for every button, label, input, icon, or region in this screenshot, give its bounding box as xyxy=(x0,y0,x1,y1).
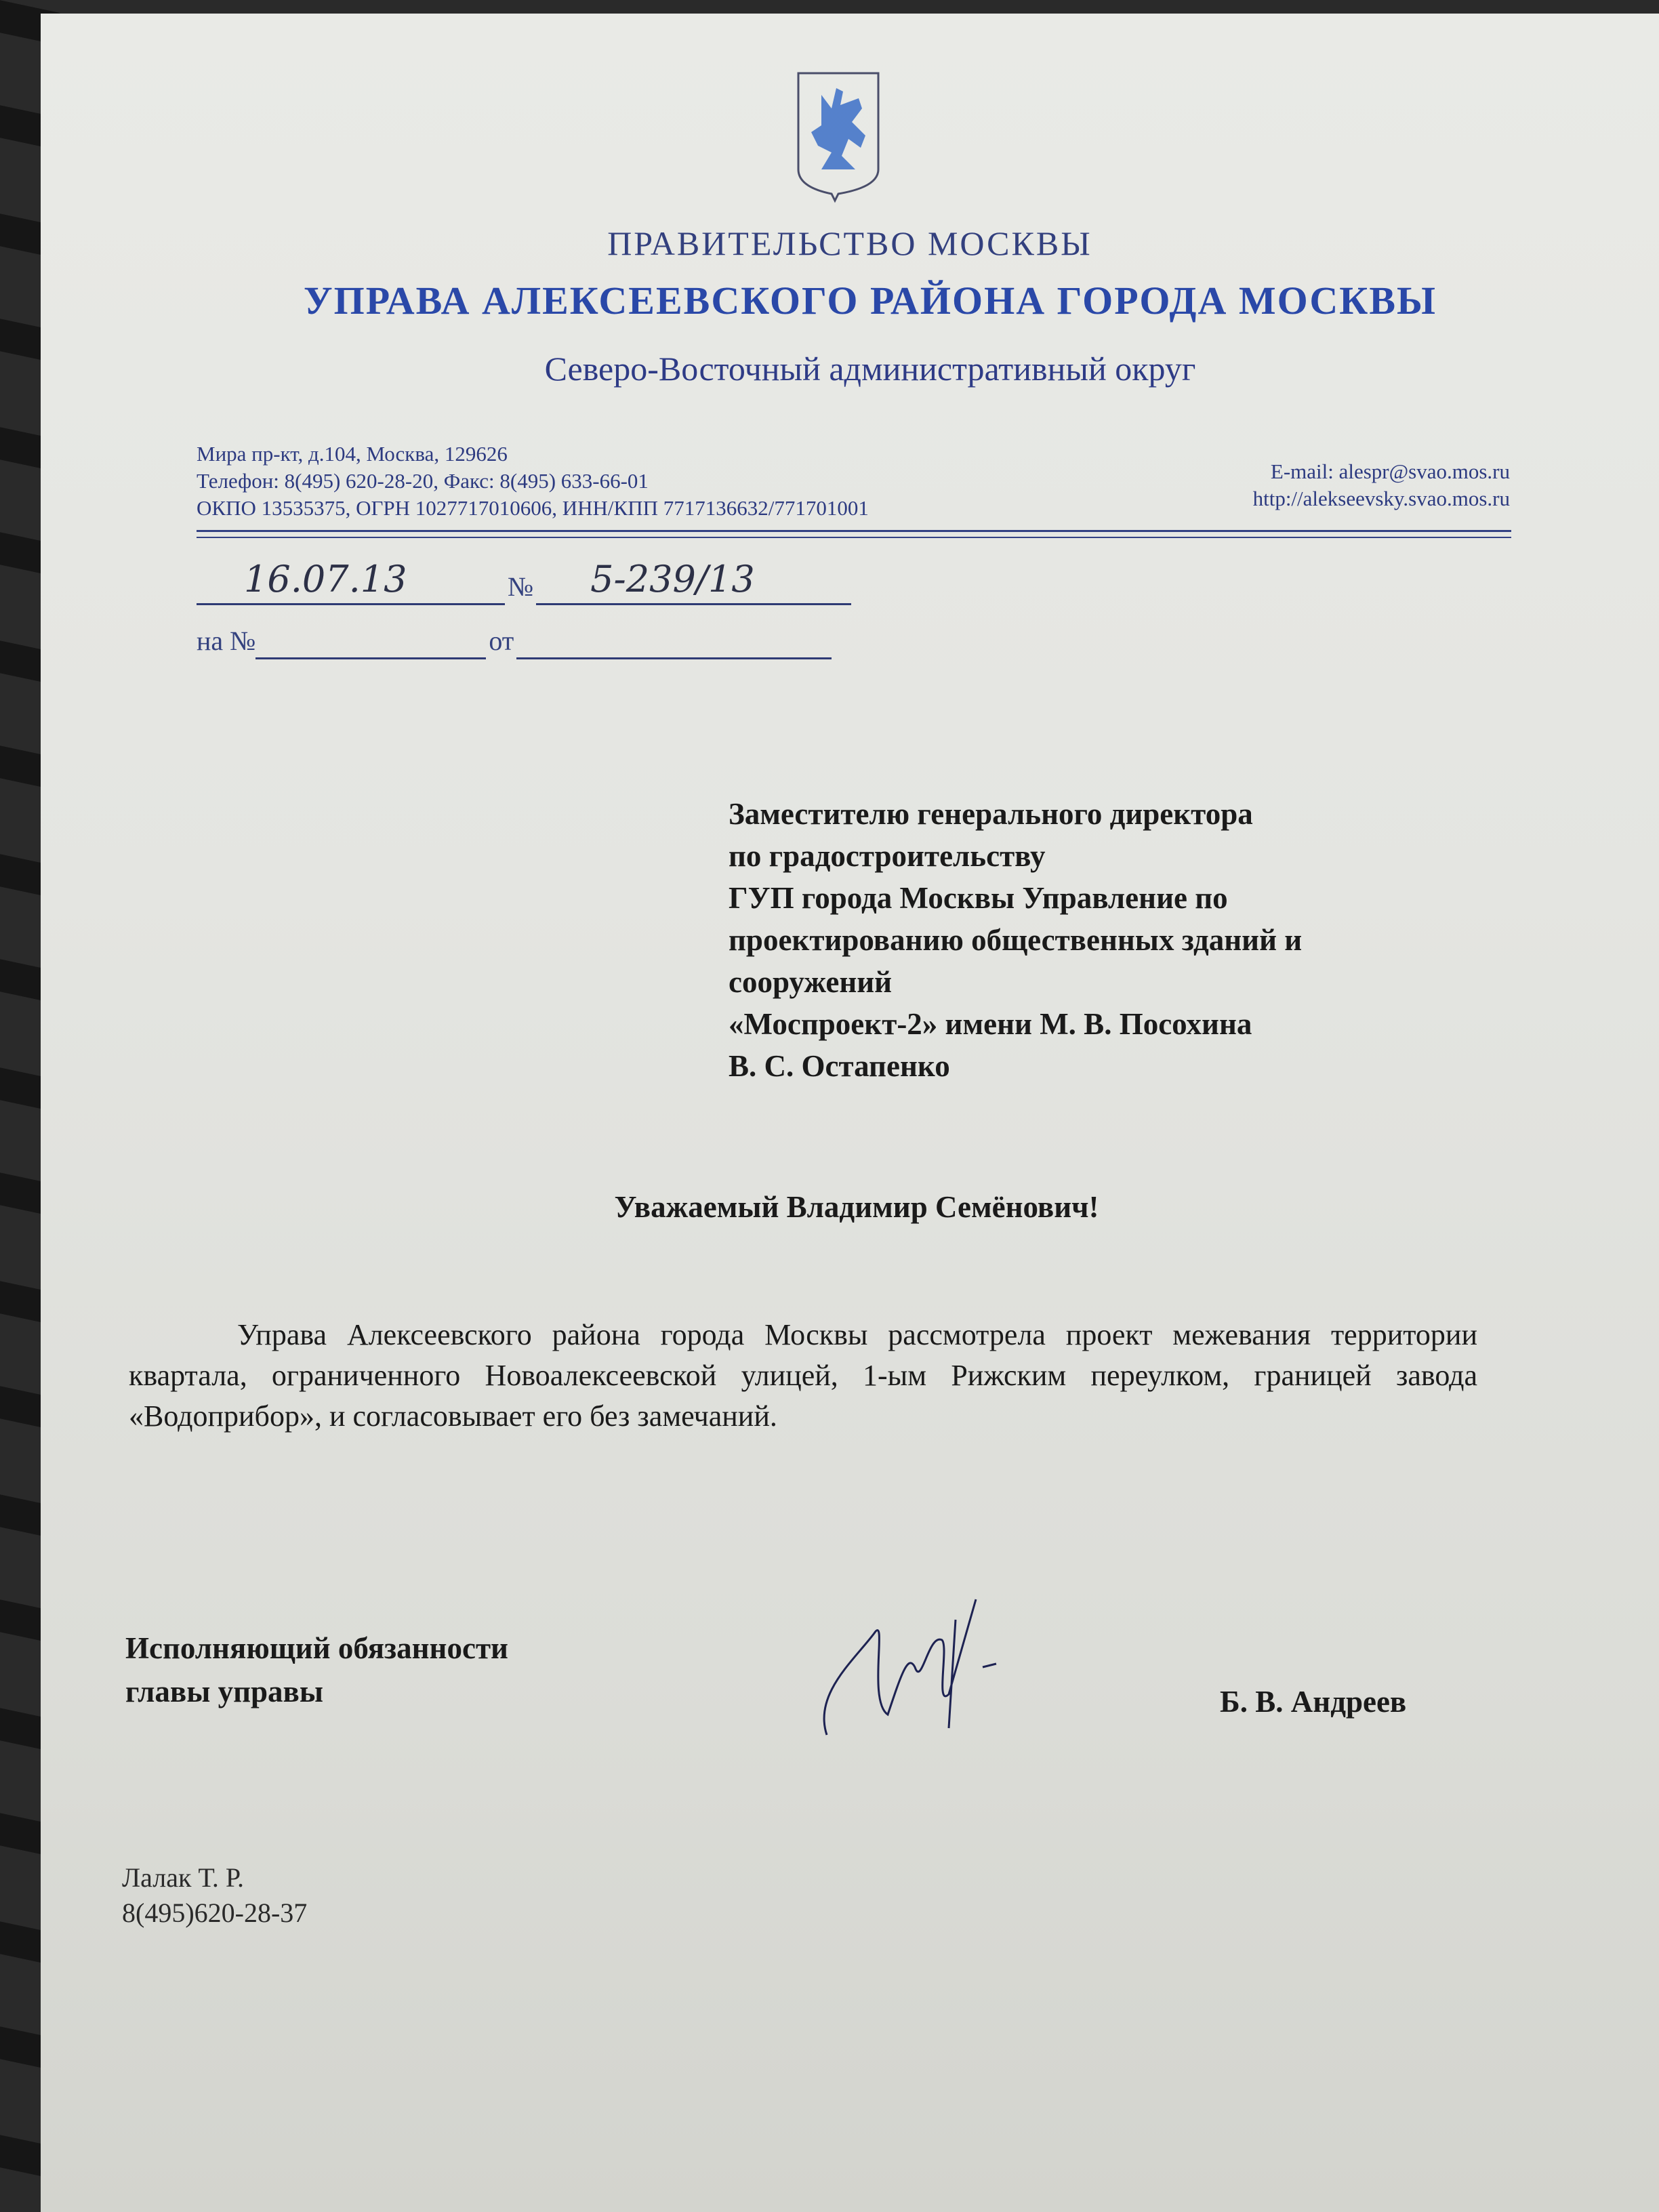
website: http://alekseevsky.svao.mos.ru xyxy=(1253,485,1510,512)
phone-fax: Телефон: 8(495) 620-28-20, Факс: 8(495) … xyxy=(197,468,869,495)
reply-to-label: на № xyxy=(197,625,255,659)
from-label: от xyxy=(486,625,516,659)
signatory-title: Исполняющий обязанности главы управы xyxy=(125,1626,508,1713)
signatory-title-line: главы управы xyxy=(125,1670,508,1713)
addressee-line: В. С. Остапенко xyxy=(729,1045,1302,1087)
handwritten-number: 5-239/13 xyxy=(590,558,755,600)
contact-block-left: Мира пр-кт, д.104, Москва, 129626 Телефо… xyxy=(197,441,869,522)
signatory-name: Б. В. Андреев xyxy=(1220,1684,1406,1719)
addressee-line: Заместителю генерального директора xyxy=(729,793,1302,835)
addressee-line: сооружений xyxy=(729,961,1302,1003)
addressee-line: «Моспроект-2» имени М. В. Посохина xyxy=(729,1003,1302,1045)
registry-codes: ОКПО 13535375, ОГРН 1027717010606, ИНН/К… xyxy=(197,495,869,522)
header-divider-bottom xyxy=(197,537,1511,538)
handwritten-date: 16.07.13 xyxy=(244,558,407,600)
from-field xyxy=(516,623,832,659)
outgoing-reference: 16.07.13 № 5-239/13 xyxy=(197,562,851,605)
contact-block-right: E-mail: alespr@svao.mos.ru http://alekse… xyxy=(1253,458,1510,512)
organization-title: УПРАВА АЛЕКСЕЕВСКОГО РАЙОНА ГОРОДА МОСКВ… xyxy=(0,278,1659,323)
letter-body: Управа Алексеевского района города Москв… xyxy=(129,1315,1477,1437)
handwritten-signature-icon xyxy=(813,1593,1084,1748)
number-label: № xyxy=(505,571,536,605)
date-field: 16.07.13 xyxy=(197,562,505,605)
addressee-line: по градостроительству xyxy=(729,835,1302,877)
salutation: Уважаемый Владимир Семёнович! xyxy=(0,1189,1659,1225)
executor-phone: 8(495)620-28-37 xyxy=(122,1896,307,1931)
addressee-line: проектированию общественных зданий и xyxy=(729,919,1302,961)
executor-name: Лалак Т. Р. xyxy=(122,1860,307,1896)
reply-to-field xyxy=(255,623,486,659)
address: Мира пр-кт, д.104, Москва, 129626 xyxy=(197,441,869,468)
incoming-reference: на № от xyxy=(197,623,832,659)
government-title: ПРАВИТЕЛЬСТВО МОСКВЫ xyxy=(0,224,1659,263)
executor-block: Лалак Т. Р. 8(495)620-28-37 xyxy=(122,1860,307,1931)
addressee-block: Заместителю генерального директора по гр… xyxy=(729,793,1302,1087)
header-divider-top xyxy=(197,530,1511,532)
number-field: 5-239/13 xyxy=(536,562,851,605)
email: E-mail: alespr@svao.mos.ru xyxy=(1253,458,1510,485)
moscow-crest-icon xyxy=(794,68,882,203)
district-title: Северо-Восточный административный округ xyxy=(0,349,1659,388)
signatory-title-line: Исполняющий обязанности xyxy=(125,1626,508,1670)
addressee-line: ГУП города Москвы Управление по xyxy=(729,877,1302,919)
